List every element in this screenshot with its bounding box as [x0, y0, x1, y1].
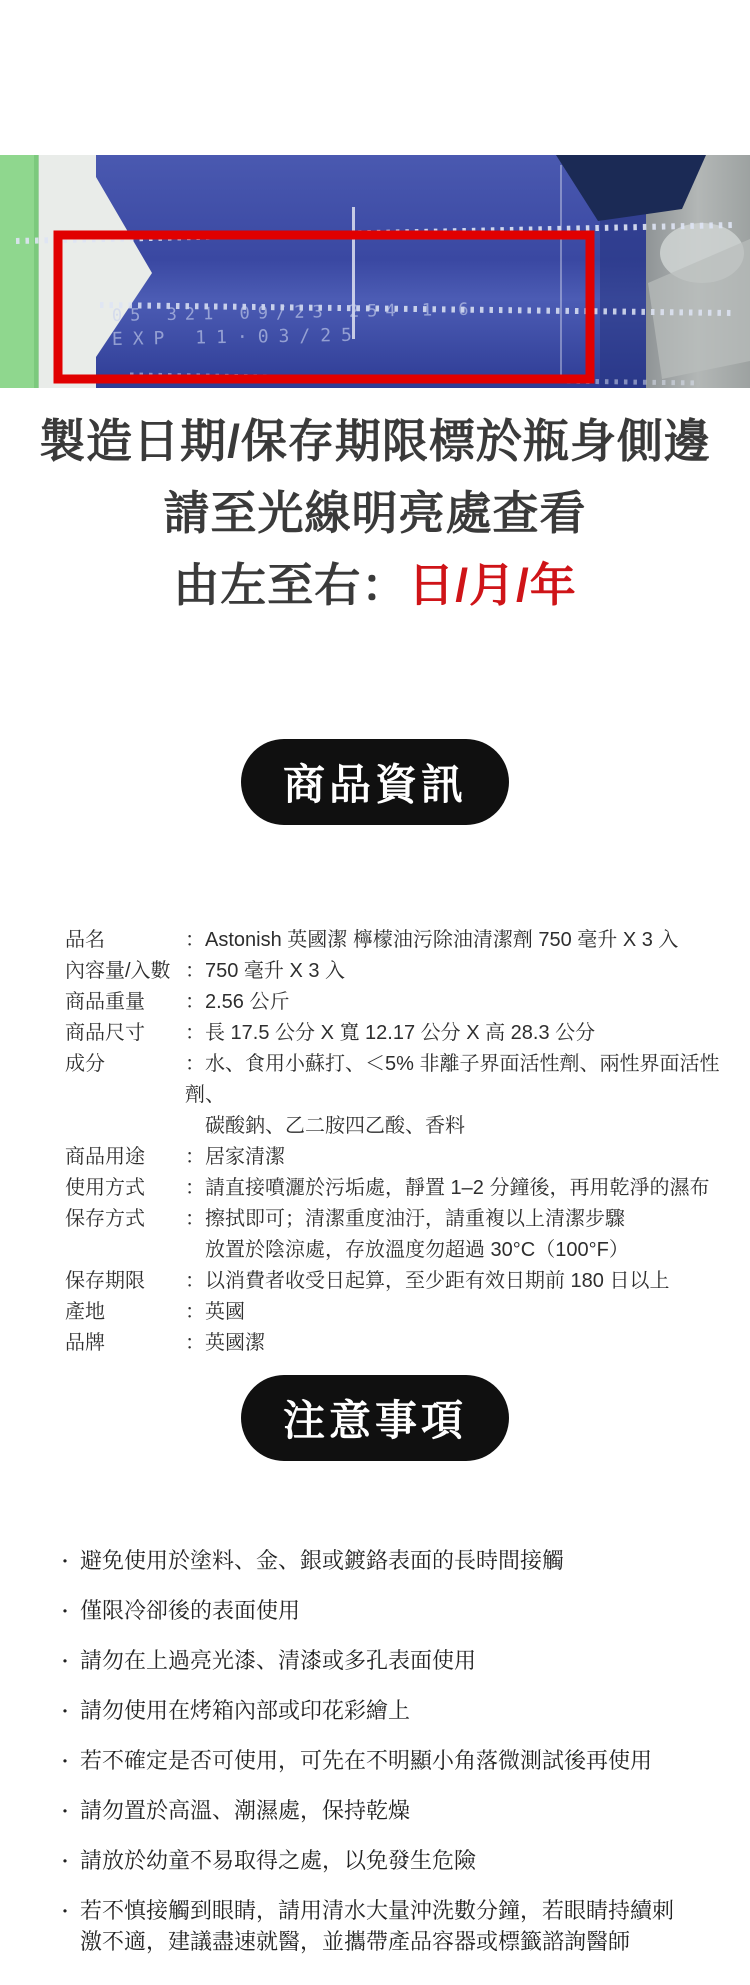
- product-info-row: 保存期限 ：以消費者收受日起算，至少距有效日期前 180 日以上: [65, 1266, 720, 1297]
- bottle-photo-illustration: 05 321 09/23 254 1 6 EXP 11·03/25: [0, 155, 750, 388]
- product-info-value: ：以消費者收受日起算，至少距有效日期前 180 日以上: [185, 1266, 720, 1297]
- product-info-row: 使用方式 ：請直接噴灑於污垢處，靜置 1–2 分鐘後，再用乾淨的濕布: [65, 1173, 720, 1204]
- bullet-icon: ・: [56, 1895, 80, 1957]
- bullet-icon: ・: [56, 1795, 80, 1828]
- notice-text: 避免使用於塗料、金、銀或鍍鉻表面的長時間接觸: [80, 1545, 564, 1578]
- product-info-row: 商品用途 ：居家清潔: [65, 1142, 720, 1173]
- product-info-value: ：英國潔: [185, 1328, 720, 1359]
- product-info-row: 保存方式 ：擦拭即可；清潔重度油汙，請重複以上清潔步驟放置於陰涼處，存放溫度勿超…: [65, 1204, 720, 1266]
- product-info-row: 品牌 ：英國潔: [65, 1328, 720, 1359]
- product-info-value: ：水、食用小蘇打、＜5% 非離子界面活性劑、兩性界面活性劑、碳酸鈉、乙二胺四乙酸…: [185, 1049, 720, 1142]
- notice-item: ・ 請勿使用在烤箱內部或印花彩繪上: [56, 1695, 720, 1728]
- product-info-label: 商品用途: [65, 1142, 185, 1173]
- product-info-value: ：長 17.5 公分 X 寬 12.17 公分 X 高 28.3 公分: [185, 1018, 720, 1049]
- notice-text: 請放於幼童不易取得之處，以免發生危險: [80, 1845, 476, 1878]
- product-info-row: 內容量/入數 ：750 毫升 X 3 入: [65, 956, 720, 987]
- green-label-strip: [0, 155, 38, 388]
- product-info-row: 成分 ：水、食用小蘇打、＜5% 非離子界面活性劑、兩性界面活性劑、碳酸鈉、乙二胺…: [65, 1049, 720, 1142]
- notice-item: ・ 若不慎接觸到眼睛，請用清水大量沖洗數分鐘，若眼睛持續刺激不適，建議盡速就醫，…: [56, 1895, 720, 1957]
- notice-item: ・ 請勿置於高溫、潮濕處，保持乾燥: [56, 1795, 720, 1828]
- product-info-label: 內容量/入數: [65, 956, 185, 987]
- bullet-icon: ・: [56, 1695, 80, 1728]
- date-format-highlight: 日/月/年: [408, 559, 577, 611]
- headline-line-2: 請至光線明亮處查看: [0, 477, 750, 549]
- notice-text: 僅限冷卻後的表面使用: [80, 1595, 300, 1628]
- bullet-icon: ・: [56, 1845, 80, 1878]
- headline-line-1: 製造日期/保存期限標於瓶身側邊: [0, 405, 750, 477]
- notice-text: 若不慎接觸到眼睛，請用清水大量沖洗數分鐘，若眼睛持續刺激不適，建議盡速就醫，並攜…: [80, 1895, 692, 1957]
- green-strip-edge: [34, 155, 39, 388]
- product-info-label: 品名: [65, 925, 185, 956]
- product-info-row: 商品重量 ：2.56 公斤: [65, 987, 720, 1018]
- product-info-table: 品名 ：Astonish 英國潔 檸檬油污除油清潔劑 750 毫升 X 3 入 …: [65, 925, 720, 1359]
- product-info-value: ：Astonish 英國潔 檸檬油污除油清潔劑 750 毫升 X 3 入: [185, 925, 720, 956]
- product-info-label: 品牌: [65, 1328, 185, 1359]
- notice-badge: 注意事項: [241, 1375, 509, 1461]
- product-info-value: ：750 毫升 X 3 入: [185, 956, 720, 987]
- notice-item: ・ 僅限冷卻後的表面使用: [56, 1595, 720, 1628]
- product-info-row: 商品尺寸 ：長 17.5 公分 X 寬 12.17 公分 X 高 28.3 公分: [65, 1018, 720, 1049]
- notice-text: 請勿置於高溫、潮濕處，保持乾燥: [80, 1795, 410, 1828]
- notice-item: ・ 請放於幼童不易取得之處，以免發生危險: [56, 1845, 720, 1878]
- product-info-value: ：2.56 公斤: [185, 987, 720, 1018]
- scratch-line-2: [560, 165, 562, 375]
- product-info-row: 品名 ：Astonish 英國潔 檸檬油污除油清潔劑 750 毫升 X 3 入: [65, 925, 720, 956]
- product-info-value: ：擦拭即可；清潔重度油汙，請重複以上清潔步驟放置於陰涼處，存放溫度勿超過 30°…: [185, 1204, 720, 1266]
- product-info-label: 商品重量: [65, 987, 185, 1018]
- product-info-label: 保存方式: [65, 1204, 185, 1235]
- headline-line-3-prefix: 由左至右：: [173, 559, 408, 611]
- product-info-value: ：請直接噴灑於污垢處，靜置 1–2 分鐘後，再用乾淨的濕布: [185, 1173, 720, 1204]
- bullet-icon: ・: [56, 1745, 80, 1778]
- product-info-value: ：英國: [185, 1297, 720, 1328]
- bottle-date-stamp-photo: 05 321 09/23 254 1 6 EXP 11·03/25: [0, 155, 750, 388]
- product-info-badge: 商品資訊: [241, 739, 509, 825]
- product-info-label: 商品尺寸: [65, 1018, 185, 1049]
- notice-list: ・ 避免使用於塗料、金、銀或鍍鉻表面的長時間接觸 ・ 僅限冷卻後的表面使用 ・ …: [56, 1545, 720, 1957]
- product-info-value: ：居家清潔: [185, 1142, 720, 1173]
- notice-item: ・ 避免使用於塗料、金、銀或鍍鉻表面的長時間接觸: [56, 1545, 720, 1578]
- bullet-icon: ・: [56, 1595, 80, 1628]
- product-info-row: 產地 ：英國: [65, 1297, 720, 1328]
- date-instructions-headline: 製造日期/保存期限標於瓶身側邊 請至光線明亮處查看 由左至右：日/月/年: [0, 405, 750, 621]
- blue-bottle-body: [96, 155, 646, 388]
- notice-item: ・ 請勿在上過亮光漆、清漆或多孔表面使用: [56, 1645, 720, 1678]
- product-info-label: 產地: [65, 1297, 185, 1328]
- notice-text: 請勿使用在烤箱內部或印花彩繪上: [80, 1695, 410, 1728]
- headline-line-3: 由左至右：日/月/年: [0, 549, 750, 621]
- product-info-label: 使用方式: [65, 1173, 185, 1204]
- product-info-label: 成分: [65, 1049, 185, 1080]
- bullet-icon: ・: [56, 1545, 80, 1578]
- product-info-label: 保存期限: [65, 1266, 185, 1297]
- bullet-icon: ・: [56, 1645, 80, 1678]
- notice-text: 請勿在上過亮光漆、清漆或多孔表面使用: [80, 1645, 476, 1678]
- notice-text: 若不確定是否可使用，可先在不明顯小角落微測試後再使用: [80, 1745, 652, 1778]
- stamp-exp-date-text: EXP 11·03/25: [112, 325, 362, 350]
- notice-item: ・ 若不確定是否可使用，可先在不明顯小角落微測試後再使用: [56, 1745, 720, 1778]
